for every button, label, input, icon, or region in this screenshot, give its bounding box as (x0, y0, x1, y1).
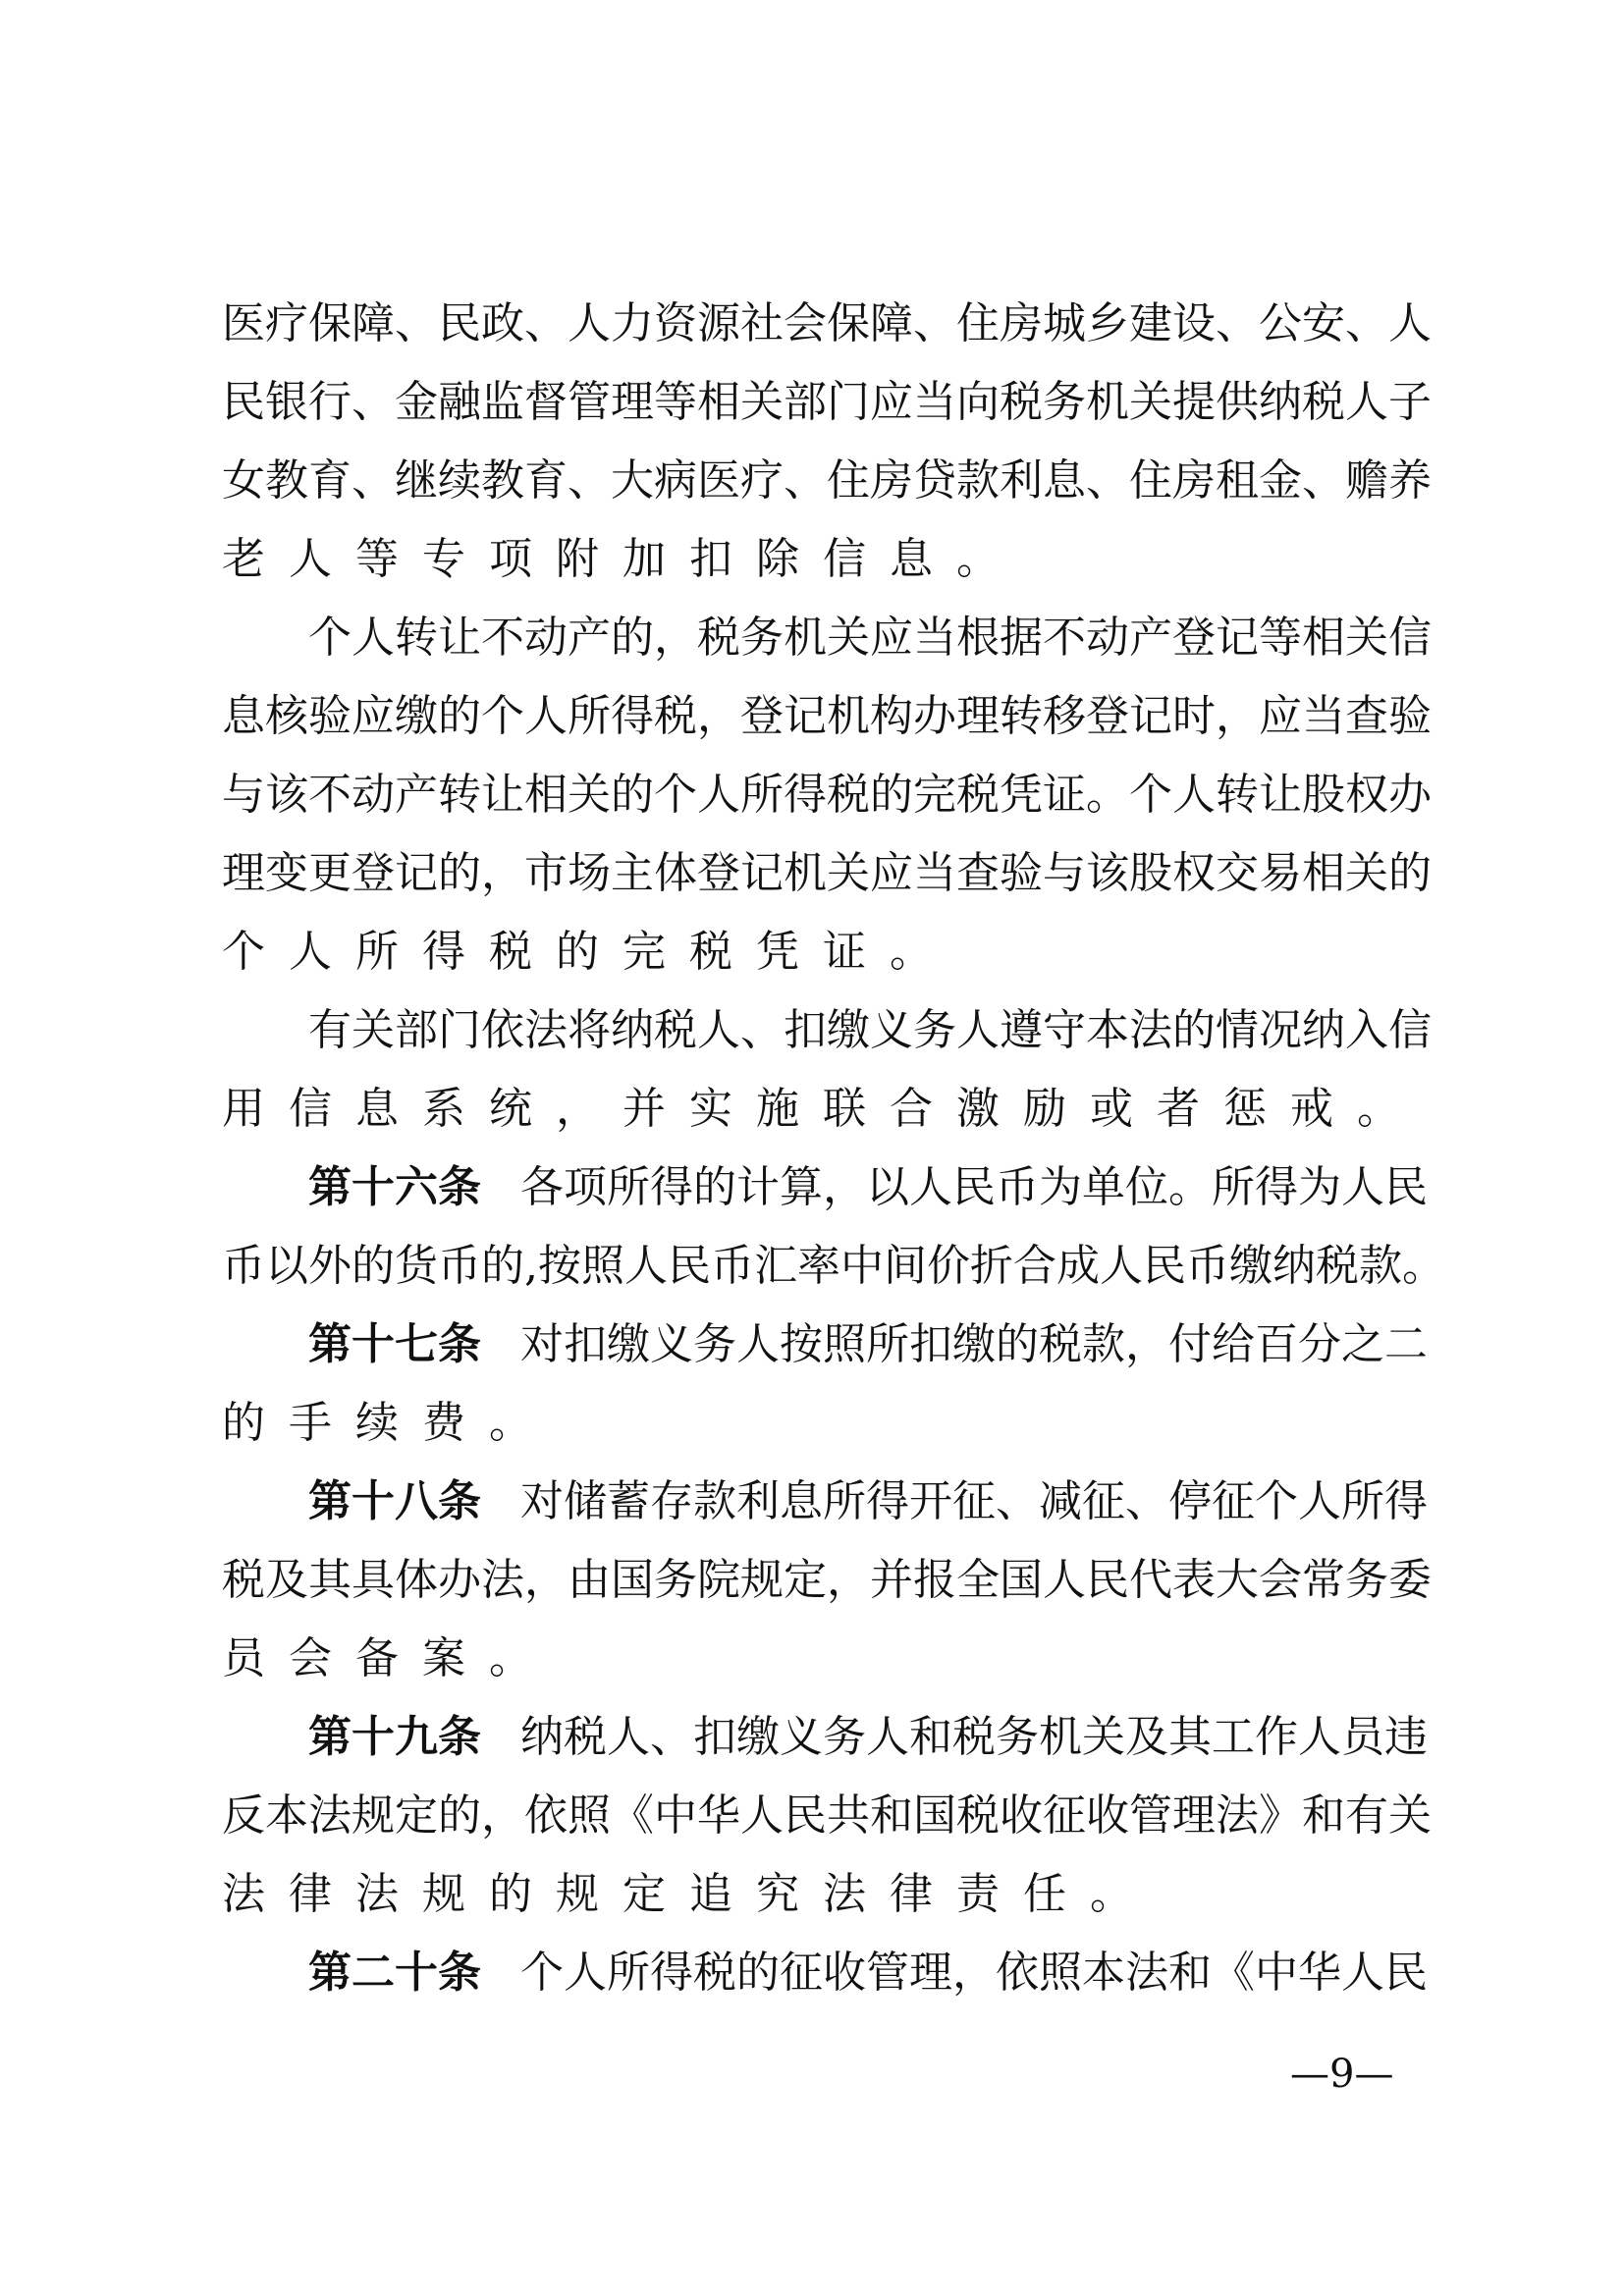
article-text: 对储蓄存款利息所得开征、减征、停征个人所得 (520, 1476, 1428, 1526)
text-line: 理变更登记的，市场主体登记机关应当查验与该股权交易相关的 (222, 834, 1424, 913)
article-number: 第十六条 (308, 1162, 481, 1212)
article-text: 对扣缴义务人按照所扣缴的税款，付给百分之二 (520, 1319, 1428, 1369)
text-line: 老人等专项附加扣除信息。 (222, 520, 1424, 599)
text-line: 币以外的货币的,按照人民币汇率中间价折合成人民币缴纳税款。 (222, 1227, 1424, 1306)
article-number: 第十八条 (308, 1476, 481, 1526)
text-line: 的手续费。 (222, 1384, 1424, 1463)
article-text: 纳税人、扣缴义务人和税务机关及其工作人员违 (520, 1712, 1428, 1762)
text-line: 个人所得税的完税凭证。 (222, 913, 1424, 991)
article-19: 第十九条纳税人、扣缴义务人和税务机关及其工作人员违 (222, 1698, 1424, 1777)
page-number: —9— (1290, 2052, 1393, 2097)
text-line: 民银行、金融监督管理等相关部门应当向税务机关提供纳税人子 (222, 363, 1424, 442)
text-line: 息核验应缴的个人所得税，登记机构办理转移登记时，应当查验 (222, 677, 1424, 756)
article-text: 各项所得的计算，以人民币为单位。所得为人民 (520, 1162, 1428, 1212)
article-text: 个人所得税的征收管理，依照本法和《中华人民 (520, 1948, 1428, 1998)
article-number: 第十七条 (308, 1319, 481, 1369)
article-16: 第十六条各项所得的计算，以人民币为单位。所得为人民 (222, 1148, 1424, 1227)
text-line: 与该不动产转让相关的个人所得税的完税凭证。个人转让股权办 (222, 756, 1424, 834)
paragraph-first-line: 个人转让不动产的，税务机关应当根据不动产登记等相关信 (222, 599, 1424, 677)
article-20: 第二十条个人所得税的征收管理，依照本法和《中华人民 (222, 1934, 1424, 2012)
article-18: 第十八条对储蓄存款利息所得开征、减征、停征个人所得 (222, 1463, 1424, 1541)
article-number: 第二十条 (308, 1948, 481, 1998)
document-page: 医疗保障、民政、人力资源社会保障、住房城乡建设、公安、人 民银行、金融监督管理等… (222, 285, 1424, 2012)
text-line: 法律法规的规定追究法律责任。 (222, 1855, 1424, 1934)
article-17: 第十七条对扣缴义务人按照所扣缴的税款，付给百分之二 (222, 1306, 1424, 1384)
text-line: 反本法规定的，依照《中华人民共和国税收征收管理法》和有关 (222, 1777, 1424, 1855)
text-line: 用信息系统，并实施联合激励或者惩戒。 (222, 1070, 1424, 1148)
text-line: 员会备案。 (222, 1620, 1424, 1698)
text-line: 医疗保障、民政、人力资源社会保障、住房城乡建设、公安、人 (222, 285, 1424, 363)
paragraph-first-line: 有关部门依法将纳税人、扣缴义务人遵守本法的情况纳入信 (222, 991, 1424, 1070)
text-line: 女教育、继续教育、大病医疗、住房贷款利息、住房租金、赡养 (222, 442, 1424, 520)
text-line: 税及其具体办法，由国务院规定，并报全国人民代表大会常务委 (222, 1541, 1424, 1620)
article-number: 第十九条 (308, 1712, 481, 1762)
